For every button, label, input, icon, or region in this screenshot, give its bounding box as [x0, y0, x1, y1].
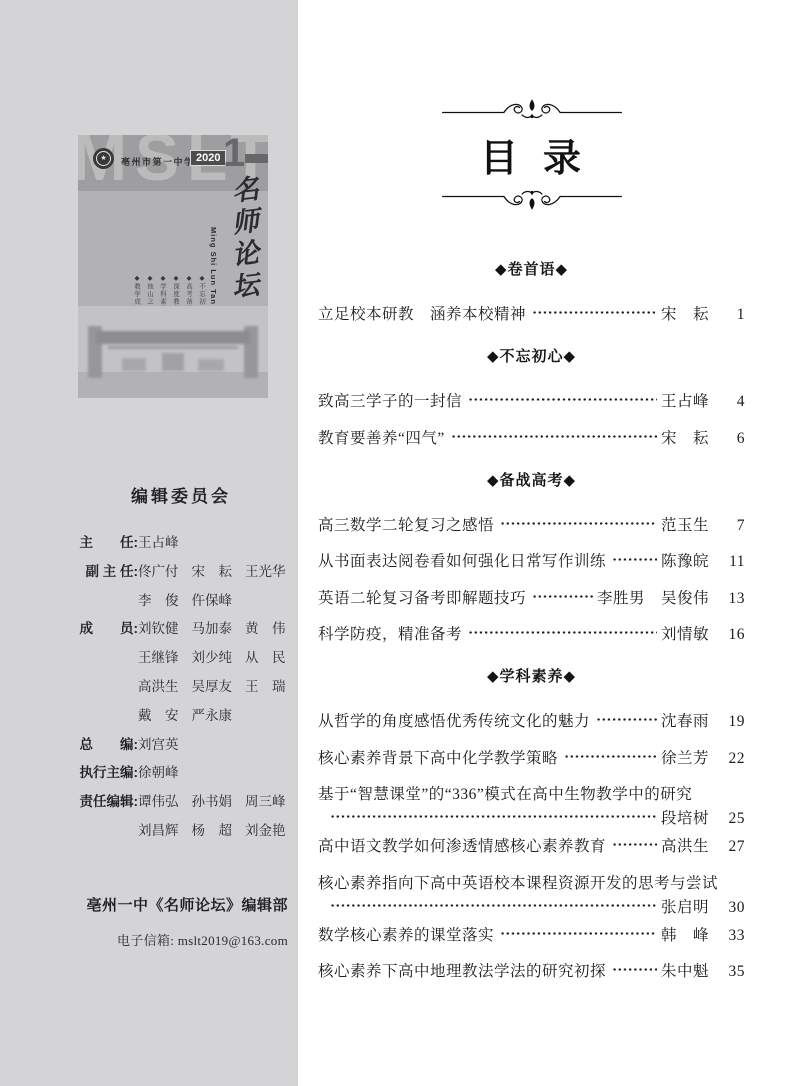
- school-logo-icon: ★: [93, 148, 114, 169]
- dot-leader: [468, 631, 657, 634]
- committee-row: 刘昌辉杨 超刘金艳: [78, 819, 284, 848]
- article-page-number: 13: [719, 590, 745, 608]
- toc-section: ◆备战高考◆高三数学二轮复习之感悟范玉生7从书面表达阅卷看如何强化日常写作训练陈…: [318, 469, 745, 644]
- toc-entry: 从书面表达阅卷看如何强化日常写作训练陈豫皖11: [318, 549, 745, 570]
- article-authors: 范玉生: [661, 513, 709, 535]
- article-authors: 沈春雨: [661, 709, 709, 731]
- committee-names: 王继锋刘少纯从 民: [138, 646, 286, 666]
- cover-menu-item: ◆教学成果: [132, 240, 141, 313]
- email-address: mslt2019@163.com: [178, 933, 288, 948]
- ornament-top: [441, 95, 623, 125]
- committee-row: 李 俊仵保峰: [78, 589, 284, 618]
- committee-names: 刘宫英: [138, 733, 179, 753]
- committee-member-name: 周三峰: [245, 790, 286, 810]
- article-page-number: 16: [719, 626, 745, 644]
- toc-entry: 核心素养下高中地理教法学法的研究初探朱中魁35: [318, 959, 745, 980]
- section-heading: ◆备战高考◆: [318, 469, 745, 490]
- magazine-cover: MSLT ★ 亳州市第一中学 2020 1 名师论坛 Ming Shi Lun …: [78, 135, 268, 398]
- committee-member-name: 王光华: [245, 560, 286, 580]
- committee-names: 戴 安严永康: [138, 704, 232, 724]
- article-authors: 宋 耘: [661, 302, 709, 324]
- committee-member-name: 王占峰: [138, 531, 179, 551]
- toc-main-column: 目 录 ◆卷首语◆立足校本研教 涵养本校精神宋 耘1◆不忘初心◆致高三学子的一封…: [298, 0, 800, 1086]
- committee-row: 副 主 任:佟广付宋 耘王光华: [78, 560, 284, 589]
- article-title: 高中语文教学如何渗透情感核心素养教育: [318, 834, 606, 856]
- committee-names: 刘昌辉杨 超刘金艳: [138, 819, 286, 839]
- dot-leader: [532, 595, 593, 598]
- toc-entry-title-row: 核心素养指向下高中英语校本课程资源开发的思考与尝试: [318, 871, 745, 892]
- article-page-number: 6: [719, 430, 745, 448]
- committee-member-name: 仵保峰: [192, 589, 233, 609]
- committee-member-name: 谭伟弘: [138, 790, 179, 810]
- committee-role-label: 成 员:: [78, 617, 138, 637]
- dot-leader: [451, 435, 657, 438]
- committee-member-name: 刘钦健: [138, 617, 179, 637]
- article-page-number: 22: [719, 750, 745, 768]
- dot-leader: [612, 558, 657, 561]
- committee-row: 高洪生吴厚友王 瑞: [78, 675, 284, 704]
- article-page-number: 7: [719, 517, 745, 535]
- cover-issue-number: 1: [223, 135, 245, 176]
- toc-section: ◆卷首语◆立足校本研教 涵养本校精神宋 耘1: [318, 258, 745, 323]
- article-title: 核心素养指向下高中英语校本课程资源开发的思考与尝试: [318, 871, 718, 893]
- article-authors: 陈豫皖: [661, 549, 709, 571]
- dot-leader: [330, 815, 657, 818]
- dot-leader: [500, 932, 657, 935]
- committee-member-name: 宋 耘: [192, 560, 233, 580]
- committee-member-name: 王继锋: [138, 646, 179, 666]
- committee-member-name: 徐朝峰: [138, 761, 179, 781]
- committee-member-name: 从 民: [245, 646, 286, 666]
- email-line: 电子信箱: mslt2019@163.com: [78, 930, 288, 949]
- dot-leader: [612, 968, 657, 971]
- cover-issue-bar: [245, 154, 268, 163]
- cover-menu-item: ◆学科素养: [158, 240, 167, 313]
- toc-title: 目 录: [318, 127, 745, 182]
- article-page-number: 30: [719, 899, 745, 917]
- section-heading: ◆学科素养◆: [318, 665, 745, 686]
- dot-leader: [612, 843, 657, 846]
- committee-row: 王继锋刘少纯从 民: [78, 646, 284, 675]
- article-authors: 刘情敏: [661, 622, 709, 644]
- cover-section-menu: ◆不忘初心◆高考备战◆深度教研◆学科素养◆他山之石◆教学成果: [132, 229, 206, 313]
- committee-role-label: 副 主 任:: [78, 560, 138, 580]
- committee-names: 李 俊仵保峰: [138, 589, 232, 609]
- article-page-number: 25: [719, 810, 745, 828]
- sidebar-footer: 亳州一中《名师论坛》编辑部 电子信箱: mslt2019@163.com: [78, 894, 288, 949]
- article-page-number: 19: [719, 713, 745, 731]
- school-emblem-icon: ★: [96, 151, 111, 166]
- cover-year-badge: 2020: [190, 150, 226, 166]
- article-title: 从哲学的角度感悟优秀传统文化的魅力: [318, 709, 590, 731]
- committee-role-label: 主 任:: [78, 531, 138, 551]
- cover-menu-item: ◆他山之石: [145, 229, 154, 313]
- cover-menu-item: ◆不忘初心: [197, 229, 206, 313]
- committee-member-name: 刘宫英: [138, 733, 179, 753]
- ornament-bottom: [441, 184, 623, 214]
- cover-title-pinyin: Ming Shi Lun Tan: [209, 227, 218, 305]
- article-title: 致高三学子的一封信: [318, 389, 462, 411]
- article-authors: 王占峰: [661, 389, 709, 411]
- committee-role-label: 执行主编:: [78, 761, 138, 781]
- article-authors: 朱中魁: [661, 959, 709, 981]
- committee-member-name: 杨 超: [192, 819, 233, 839]
- article-title: 高三数学二轮复习之感悟: [318, 513, 494, 535]
- article-page-number: 35: [719, 963, 745, 981]
- toc-entry: 立足校本研教 涵养本校精神宋 耘1: [318, 302, 745, 323]
- article-title: 教育要善养“四气”: [318, 426, 445, 448]
- article-authors: 高洪生: [661, 834, 709, 856]
- committee-role-label: 责任编辑:: [78, 790, 138, 810]
- toc-entry: 教育要善养“四气”宋 耘6: [318, 426, 745, 447]
- toc-entry: 数学核心素养的课堂落实韩 峰33: [318, 923, 745, 944]
- committee-member-name: 刘少纯: [192, 646, 233, 666]
- toc-section: ◆学科素养◆从哲学的角度感悟优秀传统文化的魅力沈春雨19核心素养背景下高中化学教…: [318, 665, 745, 980]
- toc-entry: 致高三学子的一封信王占峰4: [318, 389, 745, 410]
- committee-row: 戴 安严永康: [78, 704, 284, 733]
- toc-entry: 核心素养背景下高中化学教学策略徐兰芳22: [318, 746, 745, 767]
- article-authors: 徐兰芳: [661, 746, 709, 768]
- committee-names: 王占峰: [138, 531, 179, 551]
- article-page-number: 4: [719, 393, 745, 411]
- cover-title-char: 师: [230, 207, 260, 237]
- email-label: 电子信箱:: [117, 933, 174, 948]
- committee-names: 谭伟弘孙书娟周三峰: [138, 790, 286, 810]
- cover-menu-item: ◆深度教研: [171, 229, 180, 313]
- article-page-number: 27: [719, 838, 745, 856]
- committee-member-name: 严永康: [192, 704, 233, 724]
- toc-entry: 科学防疫，精准备考刘情敏16: [318, 622, 745, 643]
- committee-member-name: 高洪生: [138, 675, 179, 695]
- committee-names: 佟广付宋 耘王光华: [138, 560, 286, 580]
- cover-title-char: 坛: [230, 271, 260, 301]
- article-title: 立足校本研教 涵养本校精神: [318, 302, 526, 324]
- article-title: 英语二轮复习备考即解题技巧: [318, 586, 526, 608]
- article-page-number: 1: [719, 306, 745, 324]
- left-sidebar: MSLT ★ 亳州市第一中学 2020 1 名师论坛 Ming Shi Lun …: [0, 0, 298, 1086]
- committee-member-name: 马加泰: [192, 617, 233, 637]
- toc-header: 目 录: [318, 95, 745, 214]
- editorial-committee: 编辑委员会 主 任:王占峰副 主 任:佟广付宋 耘王光华李 俊仵保峰成 员:刘钦…: [78, 482, 284, 848]
- article-authors: 李胜男 吴俊伟: [597, 586, 709, 608]
- cover-menu-item: ◆高考备战: [184, 240, 193, 313]
- cover-title-char: 论: [230, 239, 260, 269]
- committee-row: 主 任:王占峰: [78, 531, 284, 560]
- dot-leader: [500, 522, 657, 525]
- article-authors: 段培树: [661, 806, 709, 828]
- article-authors: 宋 耘: [661, 426, 709, 448]
- committee-title: 编辑委员会: [78, 482, 284, 507]
- cover-title-calligraphy: 名师论坛: [232, 177, 259, 300]
- toc-entry: 高三数学二轮复习之感悟范玉生7: [318, 513, 745, 534]
- toc-section: ◆不忘初心◆致高三学子的一封信王占峰4教育要善养“四气”宋 耘6: [318, 345, 745, 447]
- article-title: 基于“智慧课堂”的“336”模式在高中生物教学中的研究: [318, 782, 692, 804]
- dot-leader: [468, 398, 657, 401]
- toc-entry-continuation-row: 段培树25: [318, 806, 745, 827]
- article-page-number: 33: [719, 927, 745, 945]
- school-name: 亳州市第一中学: [121, 155, 195, 168]
- toc-sections: ◆卷首语◆立足校本研教 涵养本校精神宋 耘1◆不忘初心◆致高三学子的一封信王占峰…: [318, 258, 745, 980]
- committee-member-name: 刘昌辉: [138, 819, 179, 839]
- dot-leader: [564, 755, 657, 758]
- committee-member-name: 孙书娟: [192, 790, 233, 810]
- dot-leader: [330, 904, 657, 907]
- committee-names: 刘钦健马加泰黄 伟: [138, 617, 286, 637]
- committee-row: 责任编辑:谭伟弘孙书娟周三峰: [78, 790, 284, 819]
- dot-leader: [596, 718, 657, 721]
- toc-entry-continuation-row: 张启明30: [318, 895, 745, 916]
- committee-row: 总 编:刘宫英: [78, 733, 284, 762]
- committee-member-name: 王 瑞: [245, 675, 286, 695]
- toc-content: 目 录 ◆卷首语◆立足校本研教 涵养本校精神宋 耘1◆不忘初心◆致高三学子的一封…: [318, 95, 745, 980]
- cover-title-char: 名: [230, 175, 260, 205]
- article-title: 核心素养背景下高中化学教学策略: [318, 746, 558, 768]
- toc-entry-title-row: 基于“智慧课堂”的“336”模式在高中生物教学中的研究: [318, 782, 745, 803]
- editorial-office-name: 亳州一中《名师论坛》编辑部: [78, 894, 288, 915]
- committee-role-label: 总 编:: [78, 733, 138, 753]
- committee-member-name: 黄 伟: [245, 617, 286, 637]
- toc-entry: 高中语文教学如何渗透情感核心素养教育高洪生27: [318, 834, 745, 855]
- committee-member-name: 吴厚友: [192, 675, 233, 695]
- toc-entry: 英语二轮复习备考即解题技巧李胜男 吴俊伟13: [318, 586, 745, 607]
- committee-member-name: 戴 安: [138, 704, 179, 724]
- committee-row: 执行主编:徐朝峰: [78, 761, 284, 790]
- committee-names: 高洪生吴厚友王 瑞: [138, 675, 286, 695]
- section-heading: ◆卷首语◆: [318, 258, 745, 279]
- article-title: 数学核心素养的课堂落实: [318, 923, 494, 945]
- toc-entry: 从哲学的角度感悟优秀传统文化的魅力沈春雨19: [318, 709, 745, 730]
- committee-row: 成 员:刘钦健马加泰黄 伟: [78, 617, 284, 646]
- article-title: 科学防疫，精准备考: [318, 622, 462, 644]
- section-heading: ◆不忘初心◆: [318, 345, 745, 366]
- dot-leader: [532, 311, 657, 314]
- committee-member-name: 佟广付: [138, 560, 179, 580]
- article-title: 从书面表达阅卷看如何强化日常写作训练: [318, 549, 606, 571]
- committee-names: 徐朝峰: [138, 761, 179, 781]
- article-title: 核心素养下高中地理教法学法的研究初探: [318, 959, 606, 981]
- school-gate-photo: [78, 306, 268, 398]
- article-authors: 韩 峰: [661, 923, 709, 945]
- article-authors: 张启明: [661, 895, 709, 917]
- article-page-number: 11: [719, 553, 745, 571]
- committee-rows: 主 任:王占峰副 主 任:佟广付宋 耘王光华李 俊仵保峰成 员:刘钦健马加泰黄 …: [78, 531, 284, 848]
- committee-member-name: 李 俊: [138, 589, 179, 609]
- committee-member-name: 刘金艳: [245, 819, 286, 839]
